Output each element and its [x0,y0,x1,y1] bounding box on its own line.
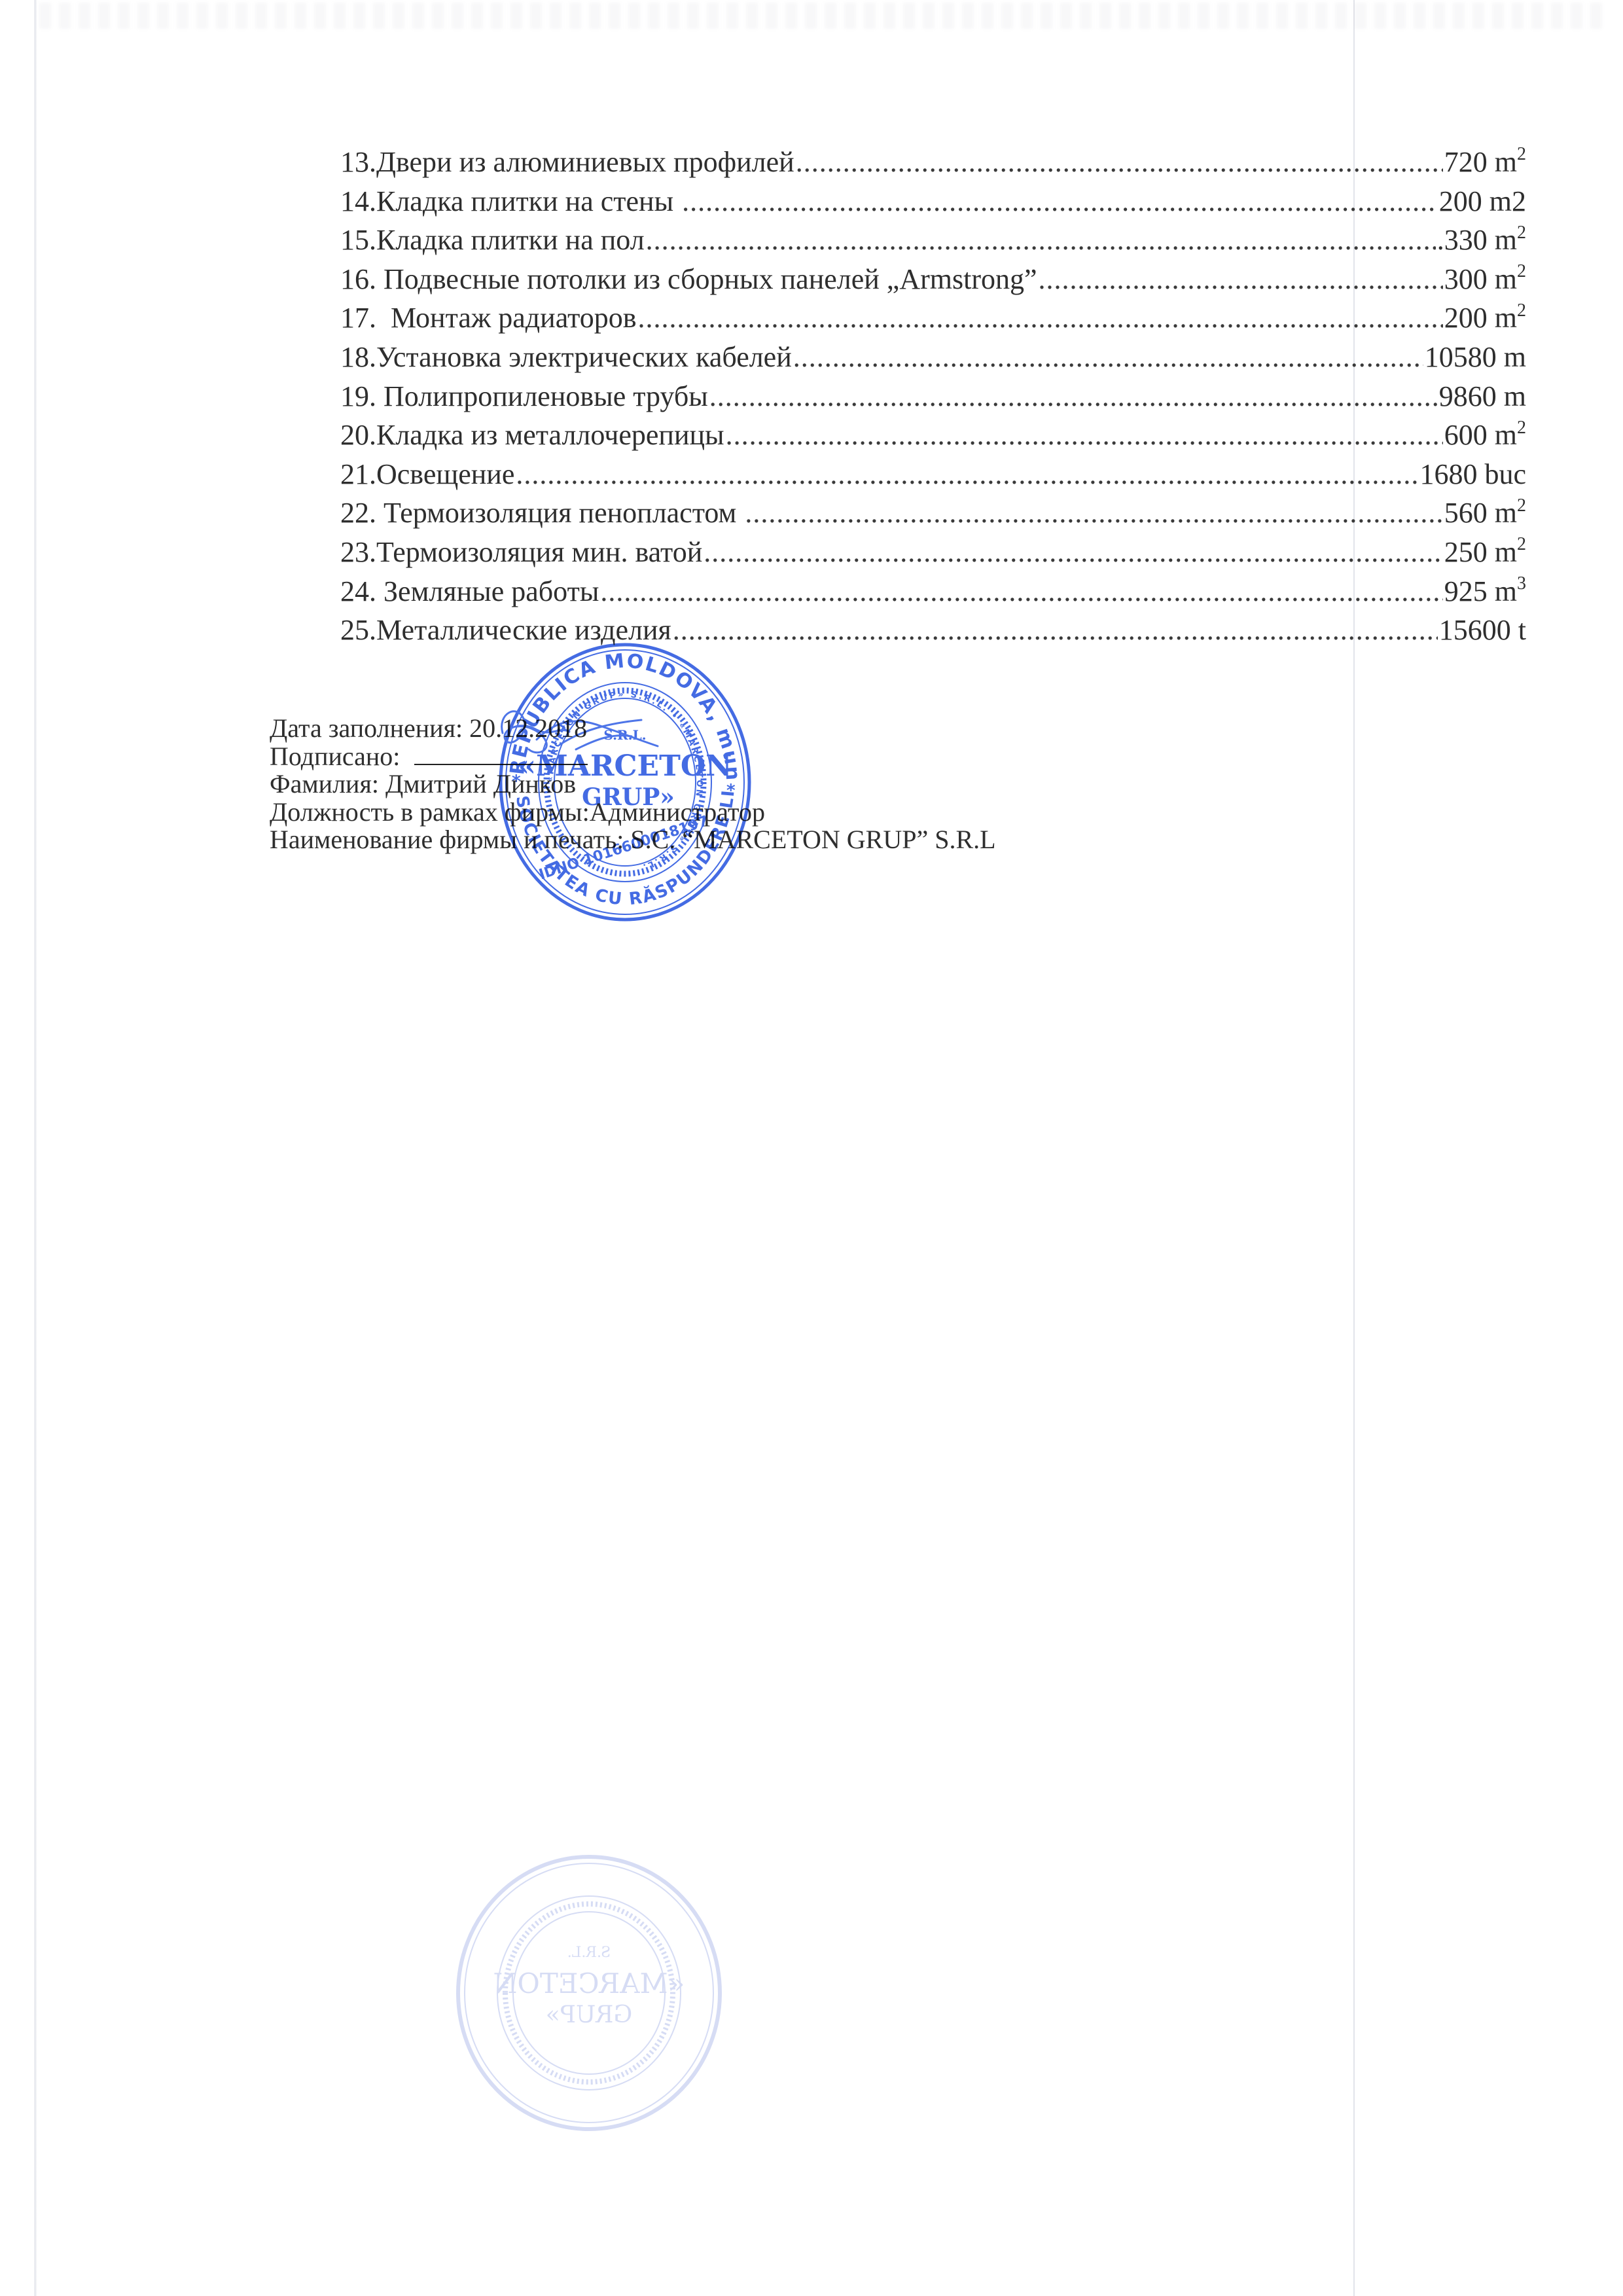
dot-leader [638,298,1443,338]
item-number: 18. [340,338,376,377]
fill-date-label: Дата заполнения: [270,713,469,743]
item-label: Установка электрических кабелей [376,338,792,377]
surname-value: Дмитрий Динков [385,769,576,798]
company-value: S.C. “MARCETON GRUP” S.R.L [630,825,995,854]
position-value: Администратор [590,797,765,827]
item-value: 600 m2 [1444,416,1526,455]
dot-leader [745,493,1442,533]
list-item: 16. Подвесные потолки из сборных панелей… [340,260,1526,299]
scan-edge-shadow-left [34,0,37,2296]
work-items-list: 13.Двери из алюминиевых профилей720 m2 1… [340,143,1526,650]
list-item: 14.Кладка плитки на стены 200 m2 [340,182,1526,221]
ghost-stamp-line1: «MARCETON [493,1967,685,2000]
list-item: 19. Полипропиленовые трубы9860 m [340,377,1526,416]
item-number: 13. [340,143,376,182]
item-value: .330 m2 [1437,221,1526,260]
item-label: Кладка из металлочерепицы [376,416,724,455]
item-number: 15. [340,221,376,260]
dot-leader [704,533,1443,572]
item-number: 23. [340,533,376,572]
item-value: 720 m2 [1444,143,1526,182]
list-item: 24. Земляные работы925 m3 [340,572,1526,611]
dot-leader [726,416,1443,455]
dot-leader [682,182,1438,221]
signed-line: Подписано: [270,743,996,771]
item-label: Освещение [376,455,514,494]
signed-label: Подписано: [270,742,406,771]
position-line: Должность в рамках фирмы:Администратор [270,798,996,827]
list-item: 13.Двери из алюминиевых профилей720 m2 [340,143,1526,182]
item-label: Земляные работы [376,572,599,611]
surname-line: Фамилия: Дмитрий Динков [270,770,996,798]
item-label: Кладка плитки на стены [376,182,681,221]
list-item: 18.Установка электрических кабелей10580 … [340,338,1526,377]
item-label: Полипропиленовые трубы [376,377,708,416]
position-label: Должность в рамках фирмы: [270,797,590,827]
item-value: 1680 buc [1419,455,1526,494]
item-value: 9860 m [1439,377,1526,416]
ghost-stamp-small: S.R.L. [567,1945,611,1961]
dot-leader [796,143,1443,182]
item-label: Термоизоляция пенопластом [376,493,743,533]
dot-leader [646,221,1436,260]
item-value: 200 m2 [1444,298,1526,338]
dot-leader [793,338,1423,377]
list-item: 15.Кладка плитки на пол .330 m2 [340,221,1526,260]
dot-leader [673,611,1438,650]
company-label: Наименование фирмы и печать: [270,825,630,854]
list-item: 17. Монтаж радиаторов200 m2 [340,298,1526,338]
item-label: Металлические изделия [376,611,671,650]
item-label: Подвесные потолки из сборных панелей „Ar… [376,260,1037,299]
item-number: 19. [340,377,376,416]
fill-date-value: 20.12.2018 [469,713,587,743]
item-number: 24. [340,572,376,611]
ghost-stamp-line2: GRUP» [546,2001,632,2028]
list-item: 22. Термоизоляция пенопластом 560 m2 [340,493,1526,533]
item-number: 22. [340,493,376,533]
ghost-stamp-bleed-through: S.R.L. «MARCETON GRUP» [452,1852,726,2134]
list-item: 25.Металлические изделия15600 t [340,611,1526,650]
surname-label: Фамилия: [270,769,385,798]
item-number: 20. [340,416,376,455]
signature-block: Дата заполнения: 20.12.2018 Подписано: Ф… [270,715,996,854]
item-number: 14. [340,182,376,221]
item-number: 21. [340,455,376,494]
item-value: 10580 m [1425,338,1526,377]
signature-field [414,744,588,765]
list-item: 21.Освещение1680 buc [340,455,1526,494]
dot-leader [516,455,1418,494]
item-value: 250 m2 [1444,533,1526,572]
item-label: Кладка плитки на пол [376,221,645,260]
item-label: Термоизоляция мин. ватой [376,533,702,572]
item-value: 200 m2 [1439,182,1526,221]
item-value: 925 m3 [1444,572,1526,611]
item-number: 25. [340,611,376,650]
fill-date-line: Дата заполнения: 20.12.2018 [270,715,996,743]
item-value: 15600 t [1439,611,1526,650]
dot-leader [600,572,1442,611]
company-line: Наименование фирмы и печать: S.C. “MARCE… [270,826,996,854]
item-label: Монтаж радиаторов [376,298,637,338]
dot-leader [709,377,1438,416]
item-value: 560 m2 [1444,493,1526,533]
item-label: Двери из алюминиевых профилей [376,143,794,182]
item-number: 17. [340,298,376,338]
dot-leader [1039,260,1443,299]
item-value: 300 m2 [1444,260,1526,299]
bleed-through-noise [39,3,1610,29]
list-item: 23.Термоизоляция мин. ватой250 m2 [340,533,1526,572]
item-number: 16. [340,260,376,299]
list-item: 20.Кладка из металлочерепицы600 m2 [340,416,1526,455]
